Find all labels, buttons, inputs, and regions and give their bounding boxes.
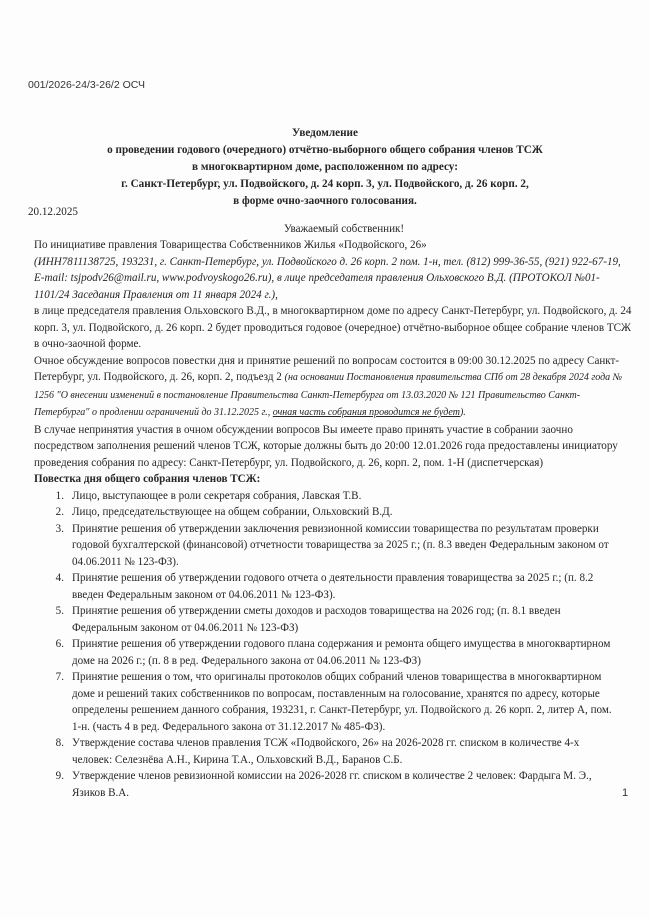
greeting: Уважаемый собственник!	[54, 221, 634, 238]
in-person-paragraph: Очное обсуждение вопросов повестки дня и…	[34, 353, 634, 422]
agenda-item-text: Лицо, председательствующее на общем собр…	[72, 504, 634, 521]
agenda-item: 6.Принятие решения об утверждении годово…	[34, 636, 634, 669]
agenda-list: 1.Лицо, выступающее в роли секретаря соб…	[34, 488, 634, 802]
agenda-item-text: Принятие решения об утверждении заключен…	[72, 521, 634, 571]
agenda-item-text: Утверждение состава членов правления ТСЖ…	[72, 735, 634, 768]
intro-body: в лице председателя правления Ольховског…	[34, 303, 634, 353]
agenda-item-text: Принятие решения об утверждении сметы до…	[72, 603, 634, 636]
agenda-item: 3.Принятие решения об утверждении заключ…	[34, 521, 634, 571]
agenda-item-number: 2.	[34, 504, 72, 521]
page-number: 1	[622, 787, 628, 799]
notice-heading: Уведомление о проведении годового (очере…	[0, 125, 650, 210]
agenda-item-text: Принятие решения о том, что оригиналы пр…	[72, 669, 634, 735]
agenda-item-text: Принятие решения об утверждении годового…	[72, 570, 634, 603]
heading-line: о проведении годового (очередного) отчёт…	[0, 142, 650, 159]
agenda-item: 9.Утверждение членов ревизионной комисси…	[34, 768, 634, 801]
agenda-item-number: 5.	[34, 603, 72, 636]
agenda-title: Повестка дня общего собрания членов ТСЖ:	[34, 471, 634, 488]
agenda-item-number: 8.	[34, 735, 72, 768]
agenda-item-number: 6.	[34, 636, 72, 669]
in-person-note-underlined: очная часть собрания проводится не будет	[273, 407, 460, 418]
document-number: 001/2026-24/3-26/2 ОСЧ	[28, 79, 145, 91]
heading-title: Уведомление	[0, 125, 650, 142]
heading-line: в многоквартирном доме, расположенном по…	[0, 159, 650, 176]
heading-address: г. Санкт-Петербург, ул. Подвойского, д. …	[0, 176, 650, 193]
notice-date: 20.12.2025	[28, 204, 634, 221]
intro-initiative: По инициативе правления Товарищества Соб…	[34, 237, 634, 254]
agenda-item: 4.Принятие решения об утверждении годово…	[34, 570, 634, 603]
agenda-item: 5.Принятие решения об утверждении сметы …	[34, 603, 634, 636]
notice-body: 20.12.2025 Уважаемый собственник! По ини…	[34, 204, 634, 801]
agenda-item-number: 4.	[34, 570, 72, 603]
agenda-item: 2.Лицо, председательствующее на общем со…	[34, 504, 634, 521]
agenda-item-number: 3.	[34, 521, 72, 571]
agenda-item-text: Утверждение членов ревизионной комиссии …	[72, 768, 634, 801]
agenda-item-number: 1.	[34, 488, 72, 505]
agenda-item: 7.Принятие решения о том, что оригиналы …	[34, 669, 634, 735]
agenda-item: 1.Лицо, выступающее в роли секретаря соб…	[34, 488, 634, 505]
agenda-item-number: 9.	[34, 768, 72, 801]
absentee-paragraph: В случае непринятия участия в очном обсу…	[34, 422, 634, 472]
in-person-note-end: ).	[460, 407, 466, 418]
intro-details: (ИНН7811138725, 193231, г. Санкт-Петербу…	[34, 254, 634, 304]
agenda-item: 8.Утверждение состава членов правления Т…	[34, 735, 634, 768]
agenda-item-number: 7.	[34, 669, 72, 735]
agenda-item-text: Принятие решения об утверждении годового…	[72, 636, 634, 669]
agenda-item-text: Лицо, выступающее в роли секретаря собра…	[72, 488, 634, 505]
